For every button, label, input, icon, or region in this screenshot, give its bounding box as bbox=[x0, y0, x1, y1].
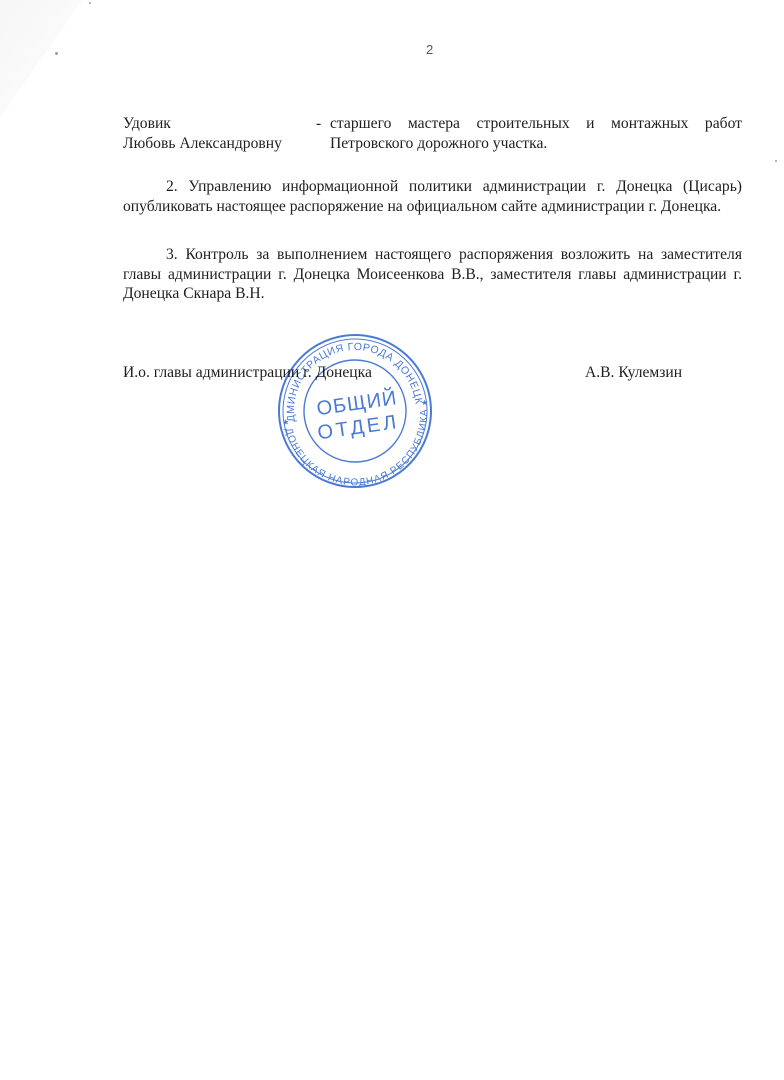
paragraph-2-text: Управлению информационной политики админ… bbox=[123, 178, 742, 215]
scan-speck bbox=[775, 160, 777, 162]
paragraph-2-number: 2. bbox=[166, 178, 178, 195]
assignee-dash: - bbox=[316, 114, 321, 134]
page-number: 2 bbox=[426, 42, 433, 57]
stamp-star-right: ★ bbox=[420, 398, 428, 408]
paragraph-2: 2. Управлению информационной политики ад… bbox=[123, 177, 742, 216]
assignee-surname: Удовик bbox=[123, 114, 313, 134]
assignee-given-names: Любовь Александровну bbox=[123, 134, 313, 154]
stamp-star-left: ★ bbox=[282, 417, 290, 427]
assignee-entry: Удовик Любовь Александровну - старшего м… bbox=[123, 114, 743, 154]
paragraph-3: 3. Контроль за выполнением настоящего ра… bbox=[123, 245, 742, 304]
assignee-role-line-2: Петровского дорожного участка. bbox=[330, 134, 742, 154]
assignee-name: Удовик Любовь Александровну bbox=[123, 114, 313, 153]
assignee-role: старшего мастера строительных и монтажны… bbox=[330, 114, 742, 153]
official-stamp: АДМИНИСТРАЦИЯ ГОРОДА ДОНЕЦКА ДОНЕЦКАЯ НА… bbox=[276, 332, 434, 490]
document-page: 2 Удовик Любовь Александровну - старшего… bbox=[0, 0, 784, 1080]
signature-name: А.В. Кулемзин bbox=[585, 363, 682, 383]
assignee-role-line-1: старшего мастера строительных и монтажны… bbox=[330, 114, 742, 134]
scan-speck bbox=[55, 52, 58, 55]
scan-speck bbox=[89, 2, 91, 4]
scan-shadow bbox=[0, 0, 90, 130]
paragraph-3-number: 3. bbox=[166, 246, 178, 263]
paragraph-3-text: Контроль за выполнением настоящего распо… bbox=[123, 246, 742, 302]
